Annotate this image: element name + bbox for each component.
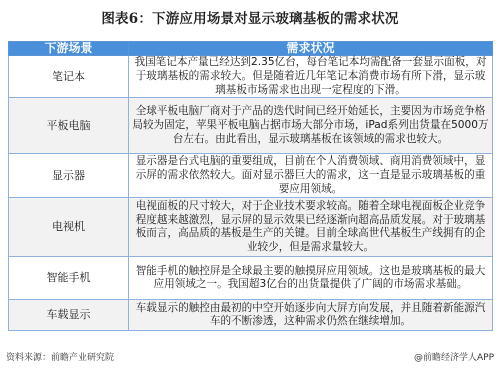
source-note: 资料来源：前瞻产业研究院 <box>6 350 114 363</box>
figure-title: 图表6：下游应用场景对显示玻璃基板的需求状况 <box>0 7 500 27</box>
table-row: 显示器 显示器是台式电脑的重要组成，目前在个人消费领域、商用消费领域中，显示屏的… <box>9 154 493 198</box>
header-scene: 下游场景 <box>9 42 129 56</box>
table-row: 智能手机 智能手机的触控屏是全球最主要的触摸屏应用领域。这也是玻璃基板的最大应用… <box>9 257 493 300</box>
table-row: 电视机 电视面板的尺寸较大，对于企业技术要求较高。随着全球电视面板企业竞争程度越… <box>9 198 493 257</box>
demand-cell: 电视面板的尺寸较大，对于企业技术要求较高。随着全球电视面板企业竞争程度越来越激烈… <box>129 198 493 257</box>
credit-note: @前瞻经济学人APP <box>414 350 494 363</box>
demand-table: 下游场景 需求状况 笔记本 我国笔记本产量已经达到2.35亿台，每台笔记本均需配… <box>8 41 493 331</box>
scene-cell: 显示器 <box>9 154 129 198</box>
scene-cell: 笔记本 <box>9 56 129 98</box>
demand-cell: 智能手机的触控屏是全球最主要的触摸屏应用领域。这也是玻璃基板的最大应用领域之一。… <box>129 257 493 300</box>
table-row: 车载显示 车载显示的触控由最初的中空开始逐步向大屏方向发展，并且随着新能源汽车的… <box>9 300 493 331</box>
header-demand: 需求状况 <box>129 42 493 56</box>
demand-cell: 全球平板电脑厂商对于产品的迭代时间已经开始延长，主要因为市场竞争格局较为固定，苹… <box>129 98 493 154</box>
demand-cell: 我国笔记本产量已经达到2.35亿台，每台笔记本均需配备一套显示面板，对于玻璃基板… <box>129 56 493 98</box>
scene-cell: 智能手机 <box>9 257 129 300</box>
demand-cell: 车载显示的触控由最初的中空开始逐步向大屏方向发展，并且随着新能源汽车的不断渗透，… <box>129 300 493 331</box>
scene-cell: 车载显示 <box>9 300 129 331</box>
table-row: 平板电脑 全球平板电脑厂商对于产品的迭代时间已经开始延长，主要因为市场竞争格局较… <box>9 98 493 154</box>
table-row: 笔记本 我国笔记本产量已经达到2.35亿台，每台笔记本均需配备一套显示面板，对于… <box>9 56 493 98</box>
scene-cell: 平板电脑 <box>9 98 129 154</box>
table-header-row: 下游场景 需求状况 <box>9 42 493 56</box>
scene-cell: 电视机 <box>9 198 129 257</box>
demand-cell: 显示器是台式电脑的重要组成，目前在个人消费领域、商用消费领域中，显示屏的需求依然… <box>129 154 493 198</box>
